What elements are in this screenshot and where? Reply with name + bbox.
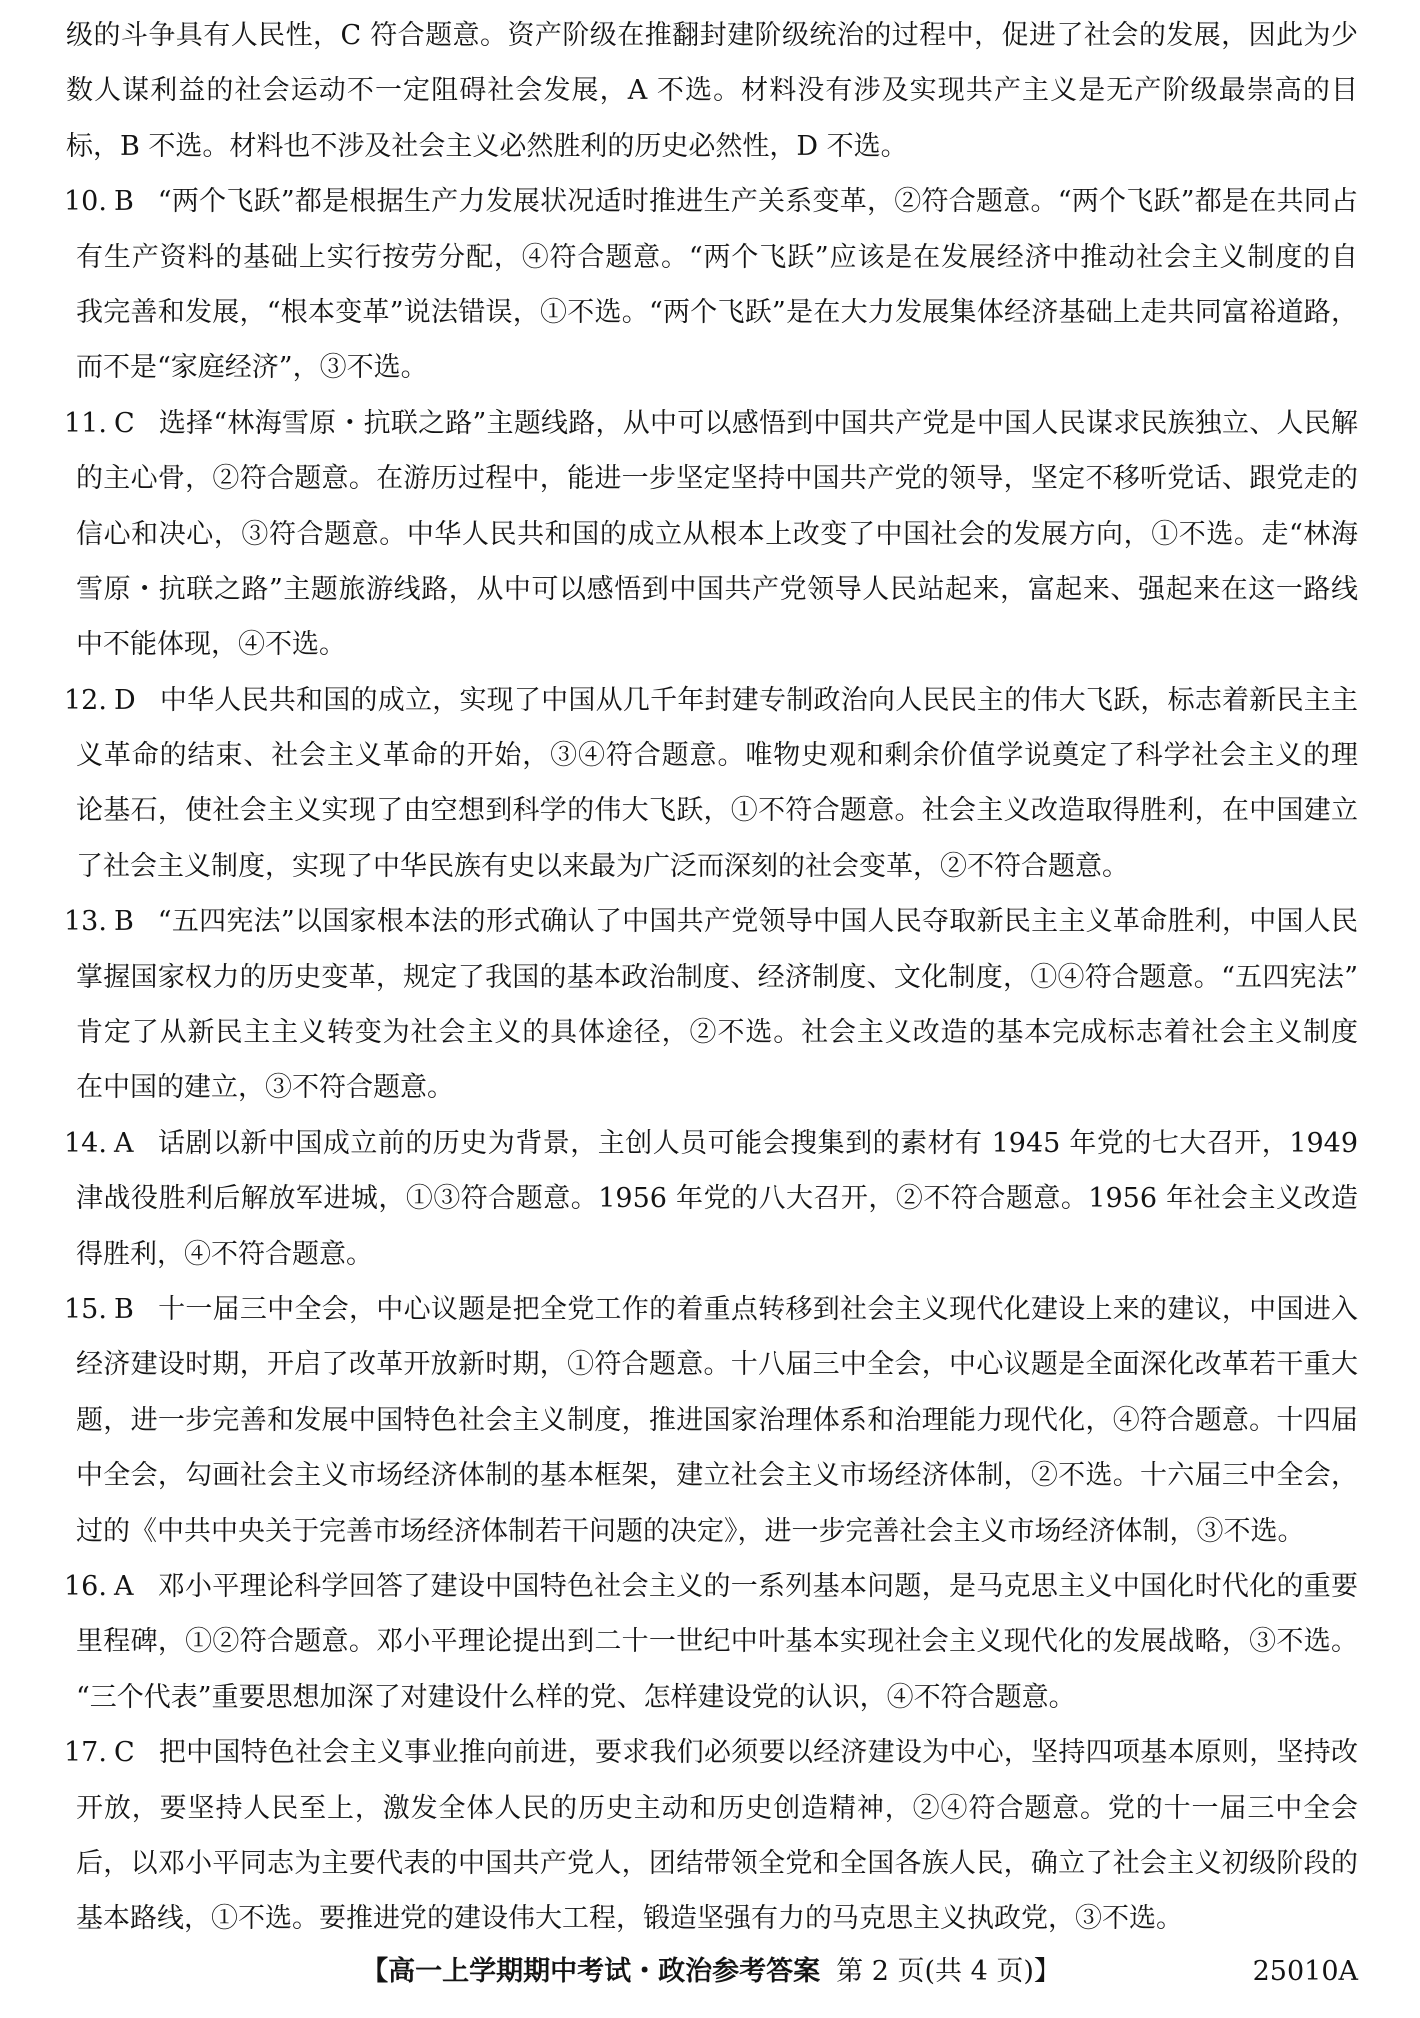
text-line: 基本路线，①不选。要推进党的建设伟大工程，锻造坚强有力的马克思主义执政党，③不选…	[76, 1891, 1358, 1946]
question-number: 12.	[64, 685, 107, 716]
text-line: 中不能体现，④不选。	[76, 617, 1358, 672]
text-line: 标，B 不选。材料也不涉及社会主义必然胜利的历史必然性，D 不选。	[66, 119, 1358, 174]
text-line: 15.B十一届三中全会，中心议题是把全党工作的着重点转移到社会主义现代化建设上来…	[64, 1282, 1358, 1337]
text-line: 数人谋利益的社会运动不一定阻碍社会发展，A 不选。材料没有涉及实现共产主义是无产…	[66, 63, 1358, 118]
answer-letter: B	[114, 186, 134, 217]
answer-item-17: 17.C把中国特色社会主义事业推向前进，要求我们必须要以经济建设为中心，坚持四项…	[0, 1725, 1420, 1947]
answer-item-10: 10.B“两个飞跃”都是根据生产力发展状况适时推进生产关系变革，②符合题意。“两…	[0, 174, 1420, 396]
text-line: 开放，要坚持人民至上，激发全体人民的历史主动和历史创造精神，②④符合题意。党的十…	[76, 1781, 1358, 1836]
answer-item-11: 11.C选择“林海雪原・抗联之路”主题线路，从中可以感悟到中国共产党是中国人民谋…	[0, 396, 1420, 673]
text-line: 14.A话剧以新中国成立前的历史为背景，主创人员可能会搜集到的素材有 1945 …	[64, 1116, 1358, 1171]
question-number: 14.	[64, 1128, 107, 1159]
question-number: 16.	[64, 1571, 107, 1602]
text-line: 在中国的建立，③不符合题意。	[76, 1060, 1358, 1115]
text-line: 津战役胜利后解放军进城，①③符合题意。1956 年党的八大召开，②不符合题意。1…	[76, 1171, 1358, 1226]
text-line: 而不是“家庭经济”，③不选。	[76, 340, 1358, 395]
text-line: 义革命的结束、社会主义革命的开始，③④符合题意。唯物史观和剩余价值学说奠定了科学…	[76, 728, 1358, 783]
text-line: 经济建设时期，开启了改革开放新时期，①符合题意。十八届三中全会，中心议题是全面深…	[76, 1337, 1358, 1392]
text-line: “三个代表”重要思想加深了对建设什么样的党、怎样建设党的认识，④不符合题意。	[76, 1670, 1358, 1725]
answer-explanation-text: 话剧以新中国成立前的历史为背景，主创人员可能会搜集到的素材有 1945 年党的七…	[64, 1128, 1358, 1171]
answer-item-16: 16.A邓小平理论科学回答了建设中国特色社会主义的一系列基本问题，是马克思主义中…	[0, 1559, 1420, 1725]
question-number: 10.	[64, 186, 107, 217]
text-line: 了社会主义制度，实现了中华民族有史以来最为广泛而深刻的社会变革，②不符合题意。	[76, 839, 1358, 894]
answer-letter: C	[114, 408, 135, 439]
text-line: 里程碑，①②符合题意。邓小平理论提出到二十一世纪中叶基本实现社会主义现代化的发展…	[76, 1614, 1358, 1669]
text-line: 过的《中共中央关于完善市场经济体制若干问题的决定》，进一步完善社会主义市场经济体…	[76, 1504, 1358, 1559]
question-number: 15.	[64, 1294, 107, 1325]
text-line: 得胜利，④不符合题意。	[76, 1227, 1358, 1282]
answer-explanation-text: 选择“林海雪原・抗联之路”主题线路，从中可以感悟到中国共产党是中国人民谋求民族独…	[64, 408, 1358, 451]
text-line: 肯定了从新民主主义转变为社会主义的具体途径，②不选。社会主义改造的基本完成标志着…	[76, 1005, 1358, 1060]
text-line: 级的斗争具有人民性，C 符合题意。资产阶级在推翻封建阶级统治的过程中，促进了社会…	[66, 8, 1358, 63]
answer-explanation-text: “两个飞跃”都是根据生产力发展状况适时推进生产关系变革，②符合题意。“两个飞跃”…	[158, 186, 1358, 217]
text-line: 信心和决心，③符合题意。中华人民共和国的成立从根本上改变了中国社会的发展方向，①…	[76, 507, 1358, 562]
text-line: 掌握国家权力的历史变革，规定了我国的基本政治制度、经济制度、文化制度，①④符合题…	[76, 950, 1358, 1005]
text-line: 有生产资料的基础上实行按劳分配，④符合题意。“两个飞跃”应该是在发展经济中推动社…	[76, 230, 1358, 285]
answer-letter: A	[114, 1128, 134, 1159]
answer-letter: C	[114, 1737, 135, 1768]
answer-item-12: 12.D中华人民共和国的成立，实现了中国从几千年封建专制政治向人民民主的伟大飞跃…	[0, 673, 1420, 895]
answer-explanation-text: 把中国特色社会主义事业推向前进，要求我们必须要以经济建设为中心，坚持四项基本原则…	[64, 1737, 1358, 1780]
text-line: 中全会，勾画社会主义市场经济体制的基本框架，建立社会主义市场经济体制，②不选。十…	[76, 1448, 1358, 1503]
answer-item-partial: 级的斗争具有人民性，C 符合题意。资产阶级在推翻封建阶级统治的过程中，促进了社会…	[0, 8, 1420, 174]
question-number: 11.	[64, 408, 107, 439]
footer-page-number: 第 2 页(共 4 页)】	[836, 1956, 1061, 1987]
answer-explanation-text: 邓小平理论科学回答了建设中国特色社会主义的一系列基本问题，是马克思主义中国化时代…	[157, 1571, 1358, 1602]
answer-item-15: 15.B十一届三中全会，中心议题是把全党工作的着重点转移到社会主义现代化建设上来…	[0, 1282, 1420, 1559]
text-line: 12.D中华人民共和国的成立，实现了中国从几千年封建专制政治向人民民主的伟大飞跃…	[64, 673, 1358, 728]
answer-item-13: 13.B“五四宪法”以国家根本法的形式确认了中国共产党领导中国人民夺取新民主主义…	[0, 894, 1420, 1116]
text-line: 16.A邓小平理论科学回答了建设中国特色社会主义的一系列基本问题，是马克思主义中…	[64, 1559, 1358, 1614]
page-footer: 【高一上学期期中考试・政治参考答案第 2 页(共 4 页)】 25010A	[64, 1944, 1358, 1999]
text-line: 我完善和发展，“根本变革”说法错误，①不选。“两个飞跃”是在大力发展集体经济基础…	[76, 285, 1358, 340]
question-number: 17.	[64, 1737, 107, 1768]
answer-explanation-text: “五四宪法”以国家根本法的形式确认了中国共产党领导中国人民夺取新民主主义革命胜利…	[158, 906, 1358, 937]
text-line: 17.C把中国特色社会主义事业推向前进，要求我们必须要以经济建设为中心，坚持四项…	[64, 1725, 1358, 1780]
answer-letter: A	[114, 1571, 134, 1602]
answer-letter: B	[114, 1294, 134, 1325]
answer-explanation-text: 中华人民共和国的成立，实现了中国从几千年封建专制政治向人民民主的伟大飞跃，标志着…	[160, 685, 1358, 716]
text-line: 10.B“两个飞跃”都是根据生产力发展状况适时推进生产关系变革，②符合题意。“两…	[64, 174, 1358, 229]
text-line: 论基石，使社会主义实现了由空想到科学的伟大飞跃，①不符合题意。社会主义改造取得胜…	[76, 783, 1358, 838]
answer-item-14: 14.A话剧以新中国成立前的历史为背景，主创人员可能会搜集到的素材有 1945 …	[0, 1116, 1420, 1282]
text-line: 13.B“五四宪法”以国家根本法的形式确认了中国共产党领导中国人民夺取新民主主义…	[64, 894, 1358, 949]
answers-list: 级的斗争具有人民性，C 符合题意。资产阶级在推翻封建阶级统治的过程中，促进了社会…	[0, 8, 1420, 1947]
text-line: 后，以邓小平同志为主要代表的中国共产党人，团结带领全党和全国各族人民，确立了社会…	[76, 1836, 1358, 1891]
text-line: 11.C选择“林海雪原・抗联之路”主题线路，从中可以感悟到中国共产党是中国人民谋…	[64, 396, 1358, 451]
text-line: 的主心骨，②符合题意。在游历过程中，能进一步坚定坚持中国共产党的领导，坚定不移听…	[76, 451, 1358, 506]
answer-letter: B	[114, 906, 134, 937]
question-number: 13.	[64, 906, 107, 937]
text-line: 雪原・抗联之路”主题旅游线路，从中可以感悟到中国共产党领导人民站起来，富起来、强…	[76, 562, 1358, 617]
exam-answer-key-page: 级的斗争具有人民性，C 符合题意。资产阶级在推翻封建阶级统治的过程中，促进了社会…	[0, 0, 1420, 2018]
answer-explanation-text: 十一届三中全会，中心议题是把全党工作的着重点转移到社会主义现代化建设上来的建议，…	[64, 1294, 1358, 1337]
footer-exam-title: 【高一上学期期中考试・政治参考答案	[361, 1956, 820, 1987]
text-line: 题，进一步完善和发展中国特色社会主义制度，推进国家治理体系和治理能力现代化，④符…	[76, 1393, 1358, 1448]
paper-code: 25010A	[1253, 1944, 1358, 1999]
answer-letter: D	[114, 685, 136, 716]
